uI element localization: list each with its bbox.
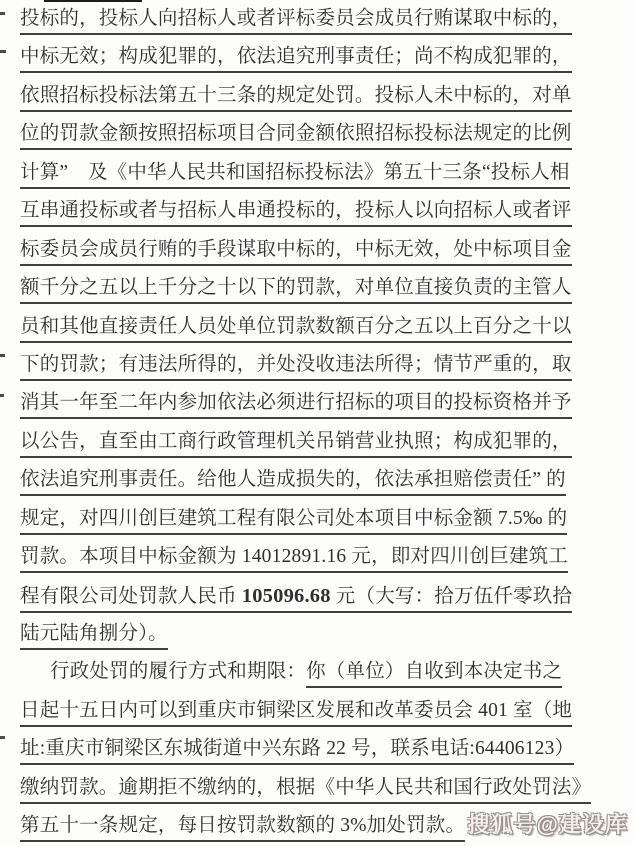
text-segment: 日起十五日内可以到重庆市铜梁区发展和改革委员会 401 室（地 (20, 700, 572, 727)
scan-artifact (0, 50, 6, 53)
text-segment: 计算” 及《中华人民共和国招标投标法》第五十三条“投标人相 (20, 162, 570, 189)
scan-artifact (0, 394, 4, 397)
text-segment: 依法追究刑事责任。给他人造成损失的，依法承担赔偿责任” 的 (20, 469, 566, 496)
text-segment: 位的罚款金额按照招标项目合同金额依照招标投标法规定的比例 (20, 123, 572, 150)
text-line: 位的罚款金额按照招标项目合同金额依照招标投标法规定的比例 (20, 115, 626, 153)
text-segment: 额千分之五以上千分之十以下的罚款，对单位直接负责的主管人 (20, 277, 572, 304)
text-segment: 依照招标投标法第五十三条的规定处罚。投标人未中标的，对单 (20, 85, 572, 112)
text-segment: 员和其他直接责任人员处单位罚款数额百分之五以上百分之十以 (20, 316, 572, 343)
text-line: 罚款。本项目中标金额为 14012891.16 元，即对四川创巨建筑工 (20, 538, 626, 576)
text-line: 员和其他直接责任人员处单位罚款数额百分之五以上百分之十以 (20, 308, 626, 346)
paragraph-heading: 行政处罚的履行方式和期限： (50, 661, 306, 682)
text-segment: 消其一年至二年内参加依法必须进行招标的项目的投标资格并予 (20, 392, 572, 419)
text-line: 程有限公司处罚款人民币 105096.68 元（大写：拾万伍仟零玖拾 (20, 577, 626, 615)
text-segment: 标委员会成员行贿的手段谋取中标的，中标无效，处中标项目金 (20, 239, 572, 266)
text-line: 中标无效；构成犯罪的，依法追究刑事责任；尚不构成犯罪的， (20, 38, 626, 76)
text-segment: 以公告，直至由工商行政管理机关吊销营业执照；构成犯罪的， (20, 431, 572, 458)
text-line: 投标的，投标人向招标人或者评标委员会成员行贿谋取中标的， (20, 0, 626, 38)
scan-artifact (0, 354, 5, 357)
document-page: 投标的，投标人向招标人或者评标委员会成员行贿谋取中标的， 中标无效；构成犯罪的，… (20, 0, 626, 846)
text-segment: 下的罚款；有违法所得的，并处没收违法所得；情节严重的，取 (20, 354, 572, 381)
text-line: 计算” 及《中华人民共和国招标投标法》第五十三条“投标人相 (20, 154, 626, 192)
text-segment: 投标的，投标人向招标人或者评标委员会成员行贿谋取中标的， (20, 8, 572, 35)
scan-artifact (44, 0, 142, 2)
text-line: 陆元陆角捌分）。 (20, 615, 626, 653)
text-segment: 互串通投标或者与招标人串通投标的，投标人以向招标人或者评 (20, 200, 572, 227)
text-line: 依法追究刑事责任。给他人造成损失的，依法承担赔偿责任” 的 (20, 461, 626, 499)
text-line: 以公告，直至由工商行政管理机关吊销营业执照；构成犯罪的， (20, 423, 626, 461)
text-line: 规定，对四川创巨建筑工程有限公司处本项目中标金额 7.5‰ 的 (20, 500, 626, 538)
scan-artifact (0, 12, 5, 15)
text-line: 址:重庆市铜梁区东城街道中兴东路 22 号，联系电话:64406123） (20, 730, 626, 768)
text-segment: 缴纳罚款。逾期拒不缴纳的，根据《中华人民共和国行政处罚法》 (20, 777, 591, 804)
text-line: 行政处罚的履行方式和期限：你（单位）自收到本决定书之 (20, 653, 626, 691)
text-segment: 中标无效；构成犯罪的，依法追究刑事责任；尚不构成犯罪的， (20, 46, 572, 73)
text-segment: 第五十一条规定，每日按罚款数额的 3%加处罚款。 (20, 815, 465, 842)
fine-amount-number: 105096.68 (242, 585, 331, 607)
sohu-watermark: 搜狐号@建设库 (468, 808, 628, 839)
text-line: 日起十五日内可以到重庆市铜梁区发展和改革委员会 401 室（地 (20, 692, 626, 730)
text-segment: 元（大写：拾万伍仟零玖拾 (331, 586, 572, 607)
text-segment: 罚款。本项目中标金额为 14012891.16 元，即对四川创巨建筑工 (20, 546, 568, 573)
text-line: 依照招标投标法第五十三条的规定处罚。投标人未中标的，对单 (20, 77, 626, 115)
scan-artifact (0, 736, 5, 739)
text-line: 下的罚款；有违法所得的，并处没收违法所得；情节严重的，取 (20, 346, 626, 384)
text-segment: 规定，对四川创巨建筑工程有限公司处本项目中标金额 7.5‰ 的 (20, 508, 567, 535)
text-segment: 址:重庆市铜梁区东城街道中兴东路 22 号，联系电话:64406123） (20, 738, 574, 765)
text-line: 标委员会成员行贿的手段谋取中标的，中标无效，处中标项目金 (20, 231, 626, 269)
text-line: 消其一年至二年内参加依法必须进行招标的项目的投标资格并予 (20, 384, 626, 422)
text-line: 缴纳罚款。逾期拒不缴纳的，根据《中华人民共和国行政处罚法》 (20, 769, 626, 807)
text-line: 额千分之五以上千分之十以下的罚款，对单位直接负责的主管人 (20, 269, 626, 307)
text-segment: 程有限公司处罚款人民币 (20, 586, 242, 607)
text-segment: 陆元陆角捌分）。 (20, 623, 168, 650)
text-segment: 你（单位）自收到本决定书之 (306, 661, 562, 688)
text-line: 互串通投标或者与招标人串通投标的，投标人以向招标人或者评 (20, 192, 626, 230)
text-segment: 程有限公司处罚款人民币 105096.68 元（大写：拾万伍仟零玖拾 (20, 586, 572, 613)
